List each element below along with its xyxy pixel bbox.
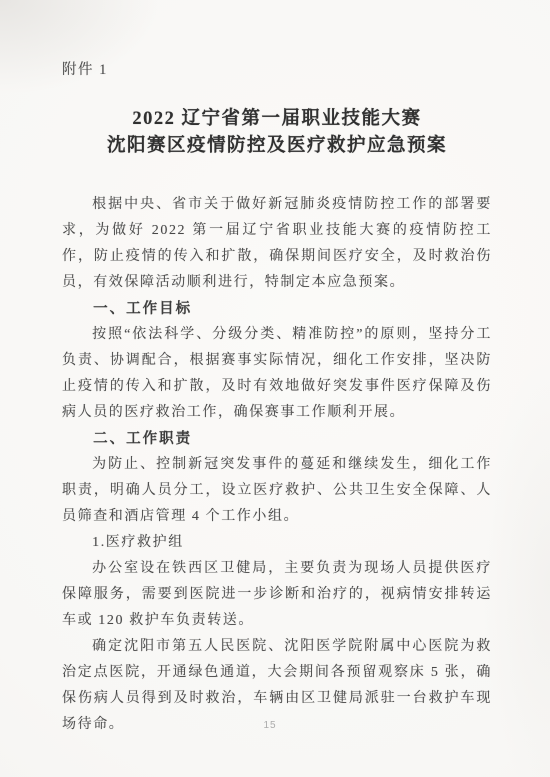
section-heading-work-duties: 二、工作职责 [62,426,492,452]
document-body: 根据中央、省市关于做好新冠肺炎疫情防控工作的部署要求，为做好 2022 第一届辽… [62,192,492,738]
section-work-goals-paragraph: 按照“依法科学、分级分类、精准防控”的原则，坚持分工负责、协调配合，根据赛事实际… [62,322,492,426]
document-title-line2: 沈阳赛区疫情防控及医疗救护应急预案 [62,133,492,160]
medical-rescue-paragraph-1: 办公室设在铁西区卫健局，主要负责为现场人员提供医疗保障服务，需要到医院进一步诊断… [62,556,492,634]
document-title: 2022 辽宁省第一届职业技能大赛 沈阳赛区疫情防控及医疗救护应急预案 [62,106,492,160]
intro-paragraph: 根据中央、省市关于做好新冠肺炎疫情防控工作的部署要求，为做好 2022 第一届辽… [62,192,492,296]
page-number: 15 [0,720,540,731]
subsection-heading-medical-rescue-group: 1.医疗救护组 [62,530,492,556]
document-title-line1: 2022 辽宁省第一届职业技能大赛 [62,106,492,133]
scanned-document-page: 附件 1 2022 辽宁省第一届职业技能大赛 沈阳赛区疫情防控及医疗救护应急预案… [0,0,550,777]
attachment-label: 附件 1 [62,58,492,79]
document-content: 附件 1 2022 辽宁省第一届职业技能大赛 沈阳赛区疫情防控及医疗救护应急预案… [62,0,492,738]
section-heading-work-goals: 一、工作目标 [62,296,492,322]
section-work-duties-paragraph: 为防止、控制新冠突发事件的蔓延和继续发生，细化工作职责，明确人员分工，设立医疗救… [62,452,492,530]
